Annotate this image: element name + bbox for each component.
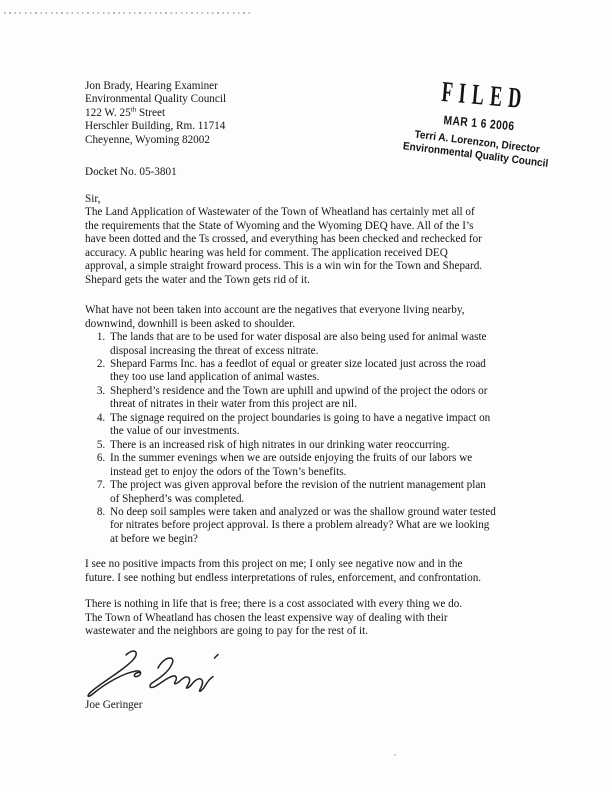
list-item: The project was given approval before th…: [108, 479, 541, 506]
paragraph-no-positives: I see no positive impacts from this proj…: [85, 558, 541, 585]
scanned-letter-page: Jon Brady, Hearing Examiner Environmenta…: [0, 0, 612, 792]
list-item: No deep soil samples were taken and anal…: [108, 506, 541, 546]
scan-artifact-dashed-line: [4, 12, 250, 14]
grievance-list: The lands that are to be used for water …: [85, 331, 541, 546]
salutation: Sir,: [85, 193, 541, 206]
street-word: Street: [136, 107, 165, 119]
docket-number: Docket No. 05-3801: [85, 166, 177, 178]
recipient-address-block: Jon Brady, Hearing Examiner Environmenta…: [85, 80, 226, 147]
list-item: The signage required on the project boun…: [108, 412, 541, 439]
list-item: Shepard Farms Inc. has a feedlot of equa…: [108, 358, 541, 385]
address-line-street: 122 W. 25th Street: [85, 107, 226, 120]
signature-stroke-joe: [88, 651, 141, 696]
list-item: The lands that are to be used for water …: [108, 331, 541, 358]
handwritten-signature: [84, 645, 224, 701]
signature-stroke-geringer: [150, 658, 213, 691]
letter-body: Sir, The Land Application of Wastewater …: [85, 193, 541, 639]
filed-stamp-word: FILED: [428, 77, 536, 115]
street-number: 122 W. 25: [85, 107, 131, 119]
paragraph-negatives-intro: What have not been taken into account ar…: [85, 304, 541, 331]
filed-stamp: FILED MAR 1 6 2006 Terri A. Lorenzon, Di…: [391, 74, 567, 170]
list-item: In the summer evenings when we are outsi…: [108, 452, 541, 479]
address-line-org: Environmental Quality Council: [85, 93, 226, 106]
paragraph-closing: There is nothing in life that is free; t…: [85, 598, 541, 638]
list-item: Shepherd’s residence and the Town are up…: [108, 385, 541, 412]
address-line-city: Cheyenne, Wyoming 82002: [85, 134, 226, 147]
scan-artifact-dot: [394, 754, 396, 756]
typed-signature-name: Joe Geringer: [85, 699, 142, 711]
address-line-name: Jon Brady, Hearing Examiner: [85, 80, 226, 93]
list-item: There is an increased risk of high nitra…: [108, 439, 541, 452]
paragraph-intro: The Land Application of Wastewater of th…: [85, 206, 541, 287]
address-line-building: Herschler Building, Rm. 11714: [85, 120, 226, 133]
signature-stroke-flick: [215, 655, 219, 659]
